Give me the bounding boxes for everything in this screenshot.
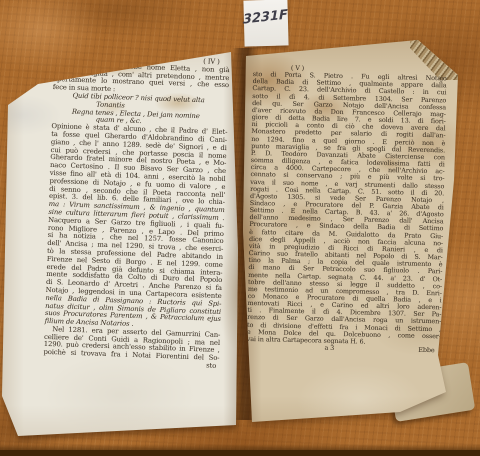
book-page-right: ( V ) sto di Porta S. Pietro . Fu egli a… xyxy=(240,28,480,428)
photo-of-open-book: ( IV ) questa Patria , ed ebbe nome Elet… xyxy=(0,0,480,456)
right-page-lines: sto di Porta S. Pietro . Fu egli altresì… xyxy=(247,71,447,347)
gathering-signature: a 3 xyxy=(324,345,334,352)
inventory-label: 3231F xyxy=(243,0,288,47)
inventory-number: 3231F xyxy=(243,7,288,27)
catchword-right: Ebbe xyxy=(418,347,434,355)
right-page-wrap: ( V ) sto di Porta S. Pietro . Fu egli a… xyxy=(0,0,480,456)
right-page-text-block: ( V ) sto di Porta S. Pietro . Fu egli a… xyxy=(247,64,447,355)
